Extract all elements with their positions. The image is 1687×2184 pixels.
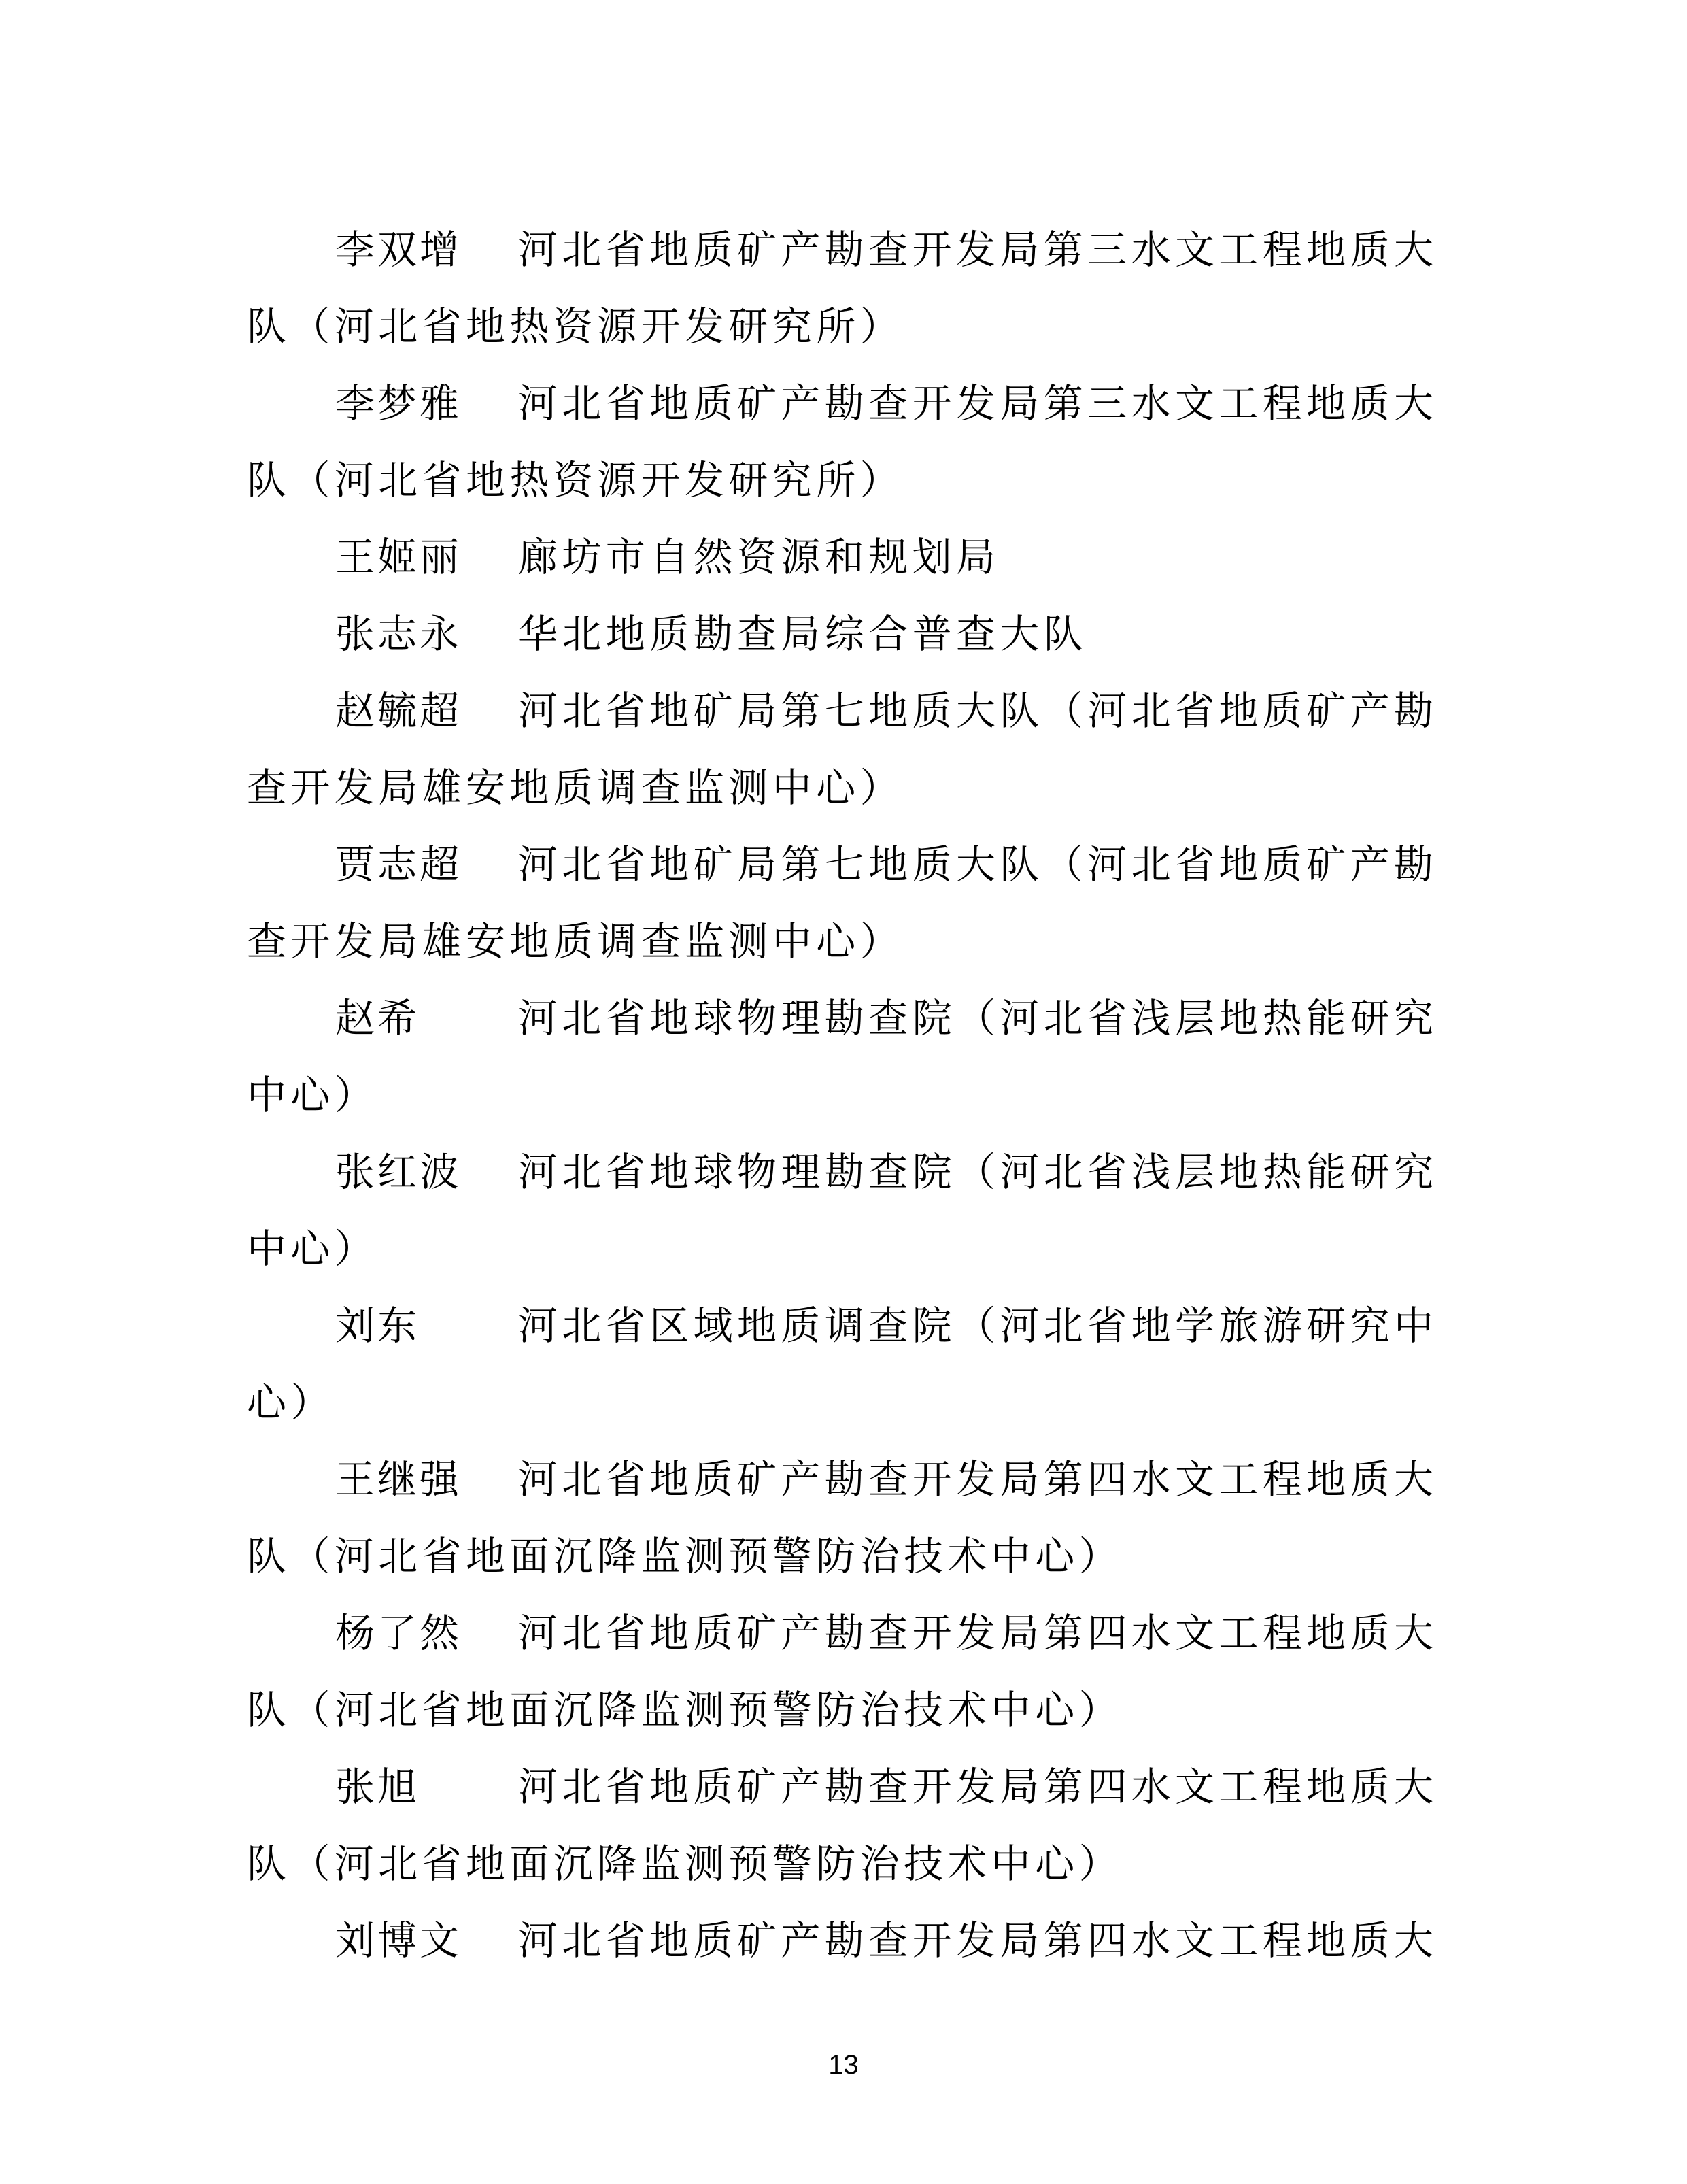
organization: 河北省地质矿产勘查开发局第四水文工程地质大 (518, 1767, 1437, 1808)
person-name: 杨了然 (335, 1613, 518, 1654)
entry-continuation-line: 队（河北省地热资源开发研究所） (247, 307, 904, 384)
organization-continued: 心） (247, 1383, 335, 1424)
entry-continuation-line: 队（河北省地面沉降监测预警防治技术中心） (247, 1844, 1123, 1921)
person-name: 李双增 (335, 230, 518, 271)
entry-first-line: 刘东河北省区域地质调查院（河北省地学旅游研究中 (335, 1306, 1437, 1383)
page-number: 13 (0, 2049, 1687, 2081)
entry-first-line: 李梦雅河北省地质矿产勘查开发局第三水文工程地质大 (335, 384, 1437, 460)
entry-continuation-line: 查开发局雄安地质调查监测中心） (247, 922, 904, 998)
organization: 河北省地质矿产勘查开发局第四水文工程地质大 (518, 1460, 1437, 1500)
organization: 河北省地矿局第七地质大队（河北省地质矿产勘 (518, 845, 1437, 886)
organization: 河北省地质矿产勘查开发局第三水文工程地质大 (518, 230, 1437, 271)
organization-continued: 队（河北省地面沉降监测预警防治技术中心） (247, 1690, 1123, 1731)
person-name: 刘博文 (335, 1921, 518, 1962)
entry-first-line: 张旭河北省地质矿产勘查开发局第四水文工程地质大 (335, 1767, 1437, 1844)
entry-continuation-line: 中心） (247, 1229, 378, 1306)
organization-continued: 查开发局雄安地质调查监测中心） (247, 768, 904, 809)
organization: 河北省地质矿产勘查开发局第四水文工程地质大 (518, 1613, 1437, 1654)
entry-continuation-line: 中心） (247, 1075, 378, 1152)
organization: 河北省地球物理勘查院（河北省浅层地热能研究 (518, 998, 1437, 1039)
organization-continued: 队（河北省地热资源开发研究所） (247, 307, 904, 348)
person-name: 张旭 (335, 1767, 518, 1808)
organization: 河北省地质矿产勘查开发局第四水文工程地质大 (518, 1921, 1437, 1962)
organization: 河北省地质矿产勘查开发局第三水文工程地质大 (518, 384, 1437, 424)
person-name: 王姬丽 (335, 537, 518, 578)
document-page: 李双增河北省地质矿产勘查开发局第三水文工程地质大队（河北省地热资源开发研究所）李… (0, 0, 1687, 2184)
person-name: 王继强 (335, 1460, 518, 1500)
organization-continued: 中心） (247, 1075, 378, 1116)
entry-first-line: 杨了然河北省地质矿产勘查开发局第四水文工程地质大 (335, 1613, 1437, 1690)
entry-continuation-line: 心） (247, 1383, 335, 1460)
organization-continued: 查开发局雄安地质调查监测中心） (247, 922, 904, 962)
person-name: 赵希 (335, 998, 518, 1039)
entry-continuation-line: 队（河北省地面沉降监测预警防治技术中心） (247, 1690, 1123, 1767)
person-name: 赵毓超 (335, 691, 518, 732)
entry-continuation-line: 队（河北省地热资源开发研究所） (247, 460, 904, 537)
entry-first-line: 刘博文河北省地质矿产勘查开发局第四水文工程地质大 (335, 1921, 1437, 1998)
organization: 廊坊市自然资源和规划局 (518, 537, 1000, 578)
organization-continued: 队（河北省地面沉降监测预警防治技术中心） (247, 1844, 1123, 1885)
entry-first-line: 赵毓超河北省地矿局第七地质大队（河北省地质矿产勘 (335, 691, 1437, 768)
person-name: 张红波 (335, 1152, 518, 1193)
organization-continued: 队（河北省地面沉降监测预警防治技术中心） (247, 1536, 1123, 1577)
entry-first-line: 李双增河北省地质矿产勘查开发局第三水文工程地质大 (335, 230, 1437, 307)
organization: 华北地质勘查局综合普查大队 (518, 614, 1087, 655)
organization: 河北省区域地质调查院（河北省地学旅游研究中 (518, 1306, 1437, 1347)
person-name: 贾志超 (335, 845, 518, 886)
entry-first-line: 张志永华北地质勘查局综合普查大队 (335, 614, 1087, 691)
person-name: 李梦雅 (335, 384, 518, 424)
entry-first-line: 王继强河北省地质矿产勘查开发局第四水文工程地质大 (335, 1460, 1437, 1536)
organization-continued: 中心） (247, 1229, 378, 1270)
organization-continued: 队（河北省地热资源开发研究所） (247, 460, 904, 501)
organization: 河北省地矿局第七地质大队（河北省地质矿产勘 (518, 691, 1437, 732)
entry-continuation-line: 队（河北省地面沉降监测预警防治技术中心） (247, 1536, 1123, 1613)
organization: 河北省地球物理勘查院（河北省浅层地热能研究 (518, 1152, 1437, 1193)
entry-first-line: 贾志超河北省地矿局第七地质大队（河北省地质矿产勘 (335, 845, 1437, 922)
entry-first-line: 王姬丽廊坊市自然资源和规划局 (335, 537, 1000, 614)
person-name: 张志永 (335, 614, 518, 655)
person-name: 刘东 (335, 1306, 518, 1347)
entry-first-line: 张红波河北省地球物理勘查院（河北省浅层地热能研究 (335, 1152, 1437, 1229)
entry-continuation-line: 查开发局雄安地质调查监测中心） (247, 768, 904, 845)
entry-first-line: 赵希河北省地球物理勘查院（河北省浅层地热能研究 (335, 998, 1437, 1075)
